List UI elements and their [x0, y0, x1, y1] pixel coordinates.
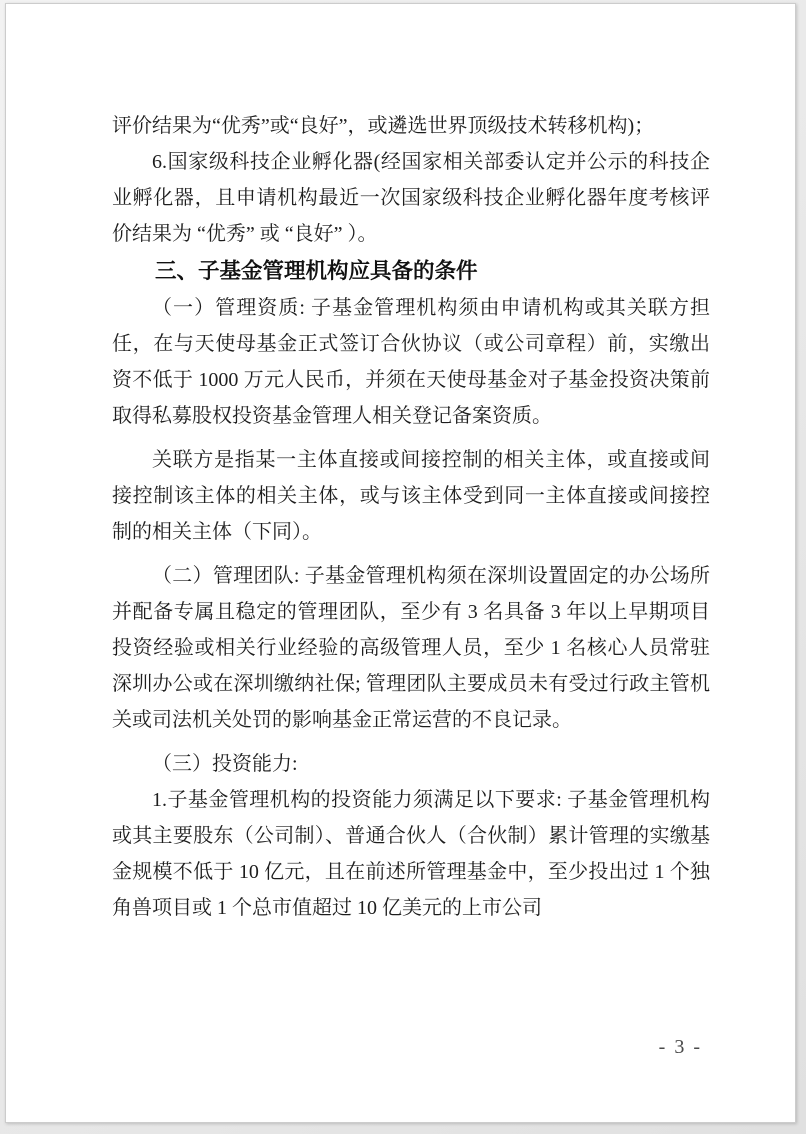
- scan-background: 评价结果为“优秀”或“良好”，或遴选世界顶级技术转移机构)； 6.国家级科技企业…: [0, 0, 806, 1134]
- paragraph: （三）投资能力:: [112, 746, 710, 782]
- paragraph: （一）管理资质: 子基金管理机构须由申请机构或其关联方担任，在与天使母基金正式签…: [112, 290, 710, 434]
- paragraph: 评价结果为“优秀”或“良好”，或遴选世界顶级技术转移机构)；: [112, 108, 710, 144]
- document-page: 评价结果为“优秀”或“良好”，或遴选世界顶级技术转移机构)； 6.国家级科技企业…: [5, 3, 796, 1123]
- paragraph: 关联方是指某一主体直接或间接控制的相关主体，或直接或间接控制该主体的相关主体，或…: [112, 442, 710, 550]
- page-body: 评价结果为“优秀”或“良好”，或遴选世界顶级技术转移机构)； 6.国家级科技企业…: [112, 108, 710, 926]
- page-number: - 3 -: [659, 1036, 702, 1059]
- paragraph: 6.国家级科技企业孵化器(经国家相关部委认定并公示的科技企业孵化器，且申请机构最…: [112, 144, 710, 252]
- section-heading: 三、子基金管理机构应具备的条件: [112, 252, 710, 290]
- paragraph: （二）管理团队: 子基金管理机构须在深圳设置固定的办公场所并配备专属且稳定的管理…: [112, 558, 710, 738]
- paragraph: 1.子基金管理机构的投资能力须满足以下要求: 子基金管理机构或其主要股东（公司制…: [112, 782, 710, 926]
